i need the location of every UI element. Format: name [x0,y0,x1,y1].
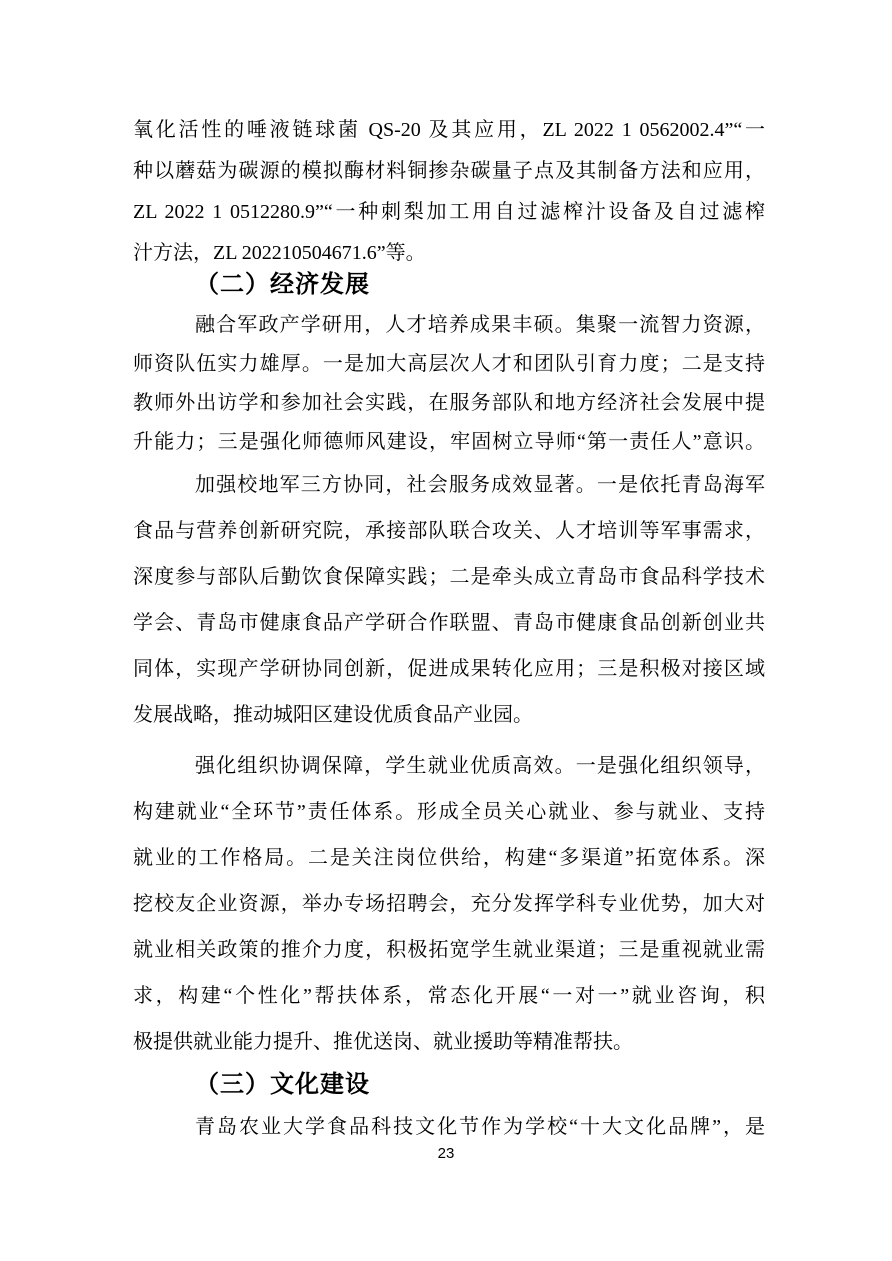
text-line: 就业的工作格局。二是关注岗位供给，构建“多渠道”拓宽体系。深 [133,835,765,881]
text-line: 种以蘑菇为碳源的模拟酶材料铜掺杂碳量子点及其制备方法和应用， [133,151,765,192]
text-line: 升能力；三是强化师德师风建设，牢固树立导师“第一责任人”意识。 [133,423,765,462]
text-line: 挖校友企业资源，举办专场招聘会，充分发挥学科专业优势，加大对 [133,881,765,927]
text-line: 师资队伍实力雄厚。一是加大高层次人才和团队引育力度；二是支持 [133,345,765,384]
section-heading-economic-development: （二）经济发展 [133,267,827,303]
text-line: 同体，实现产学研协同创新，促进成果转化应用；三是积极对接区域 [133,646,765,692]
paragraph-culture-intro: 青岛农业大学食品科技文化节作为学校“十大文化品牌”，是 [133,1106,765,1148]
text-line: 教师外出访学和参加社会实践，在服务部队和地方经济社会发展中提 [133,384,765,423]
text-line: 深度参与部队后勤饮食保障实践；二是牵头成立青岛市食品科学技术 [133,554,765,600]
text-line: 青岛农业大学食品科技文化节作为学校“十大文化品牌”，是 [133,1106,765,1148]
section-heading-culture-construction: （三）文化建设 [133,1067,827,1103]
text-line: 发展战略，推动城阳区建设优质食品产业园。 [133,692,765,738]
text-line: 强化组织协调保障，学生就业优质高效。一是强化组织领导， [133,743,765,789]
text-line: ZL 2022 1 0512280.9”“一种刺梨加工用自过滤榨汁设备及自过滤榨 [133,192,765,233]
paragraph-talent: 融合军政产学研用，人才培养成果丰硕。集聚一流智力资源， 师资队伍实力雄厚。一是加… [133,306,765,462]
paragraph-patents: 氧化活性的唾液链球菌 QS-20 及其应用，ZL 2022 1 0562002.… [133,110,765,274]
text-line: 加强校地军三方协同，社会服务成效显著。一是依托青岛海军 [133,462,765,508]
text-line: 极提供就业能力提升、推优送岗、就业援助等精准帮扶。 [133,1019,765,1065]
paragraph-social-service: 加强校地军三方协同，社会服务成效显著。一是依托青岛海军 食品与营养创新研究院，承… [133,462,765,738]
text-line: 融合军政产学研用，人才培养成果丰硕。集聚一流智力资源， [133,306,765,345]
document-page: 氧化活性的唾液链球菌 QS-20 及其应用，ZL 2022 1 0562002.… [0,0,892,1261]
text-line: 食品与营养创新研究院，承接部队联合攻关、人才培训等军事需求， [133,508,765,554]
text-line: 学会、青岛市健康食品产学研合作联盟、青岛市健康食品创新创业共 [133,600,765,646]
text-line: 求，构建“个性化”帮扶体系，常态化开展“一对一”就业咨询，积 [133,973,765,1019]
text-line: 氧化活性的唾液链球菌 QS-20 及其应用，ZL 2022 1 0562002.… [133,110,765,151]
text-line: 就业相关政策的推介力度，积极拓宽学生就业渠道；三是重视就业需 [133,927,765,973]
text-line: 构建就业“全环节”责任体系。形成全员关心就业、参与就业、支持 [133,789,765,835]
page-number: 23 [0,1145,892,1163]
paragraph-employment: 强化组织协调保障，学生就业优质高效。一是强化组织领导， 构建就业“全环节”责任体… [133,743,765,1065]
